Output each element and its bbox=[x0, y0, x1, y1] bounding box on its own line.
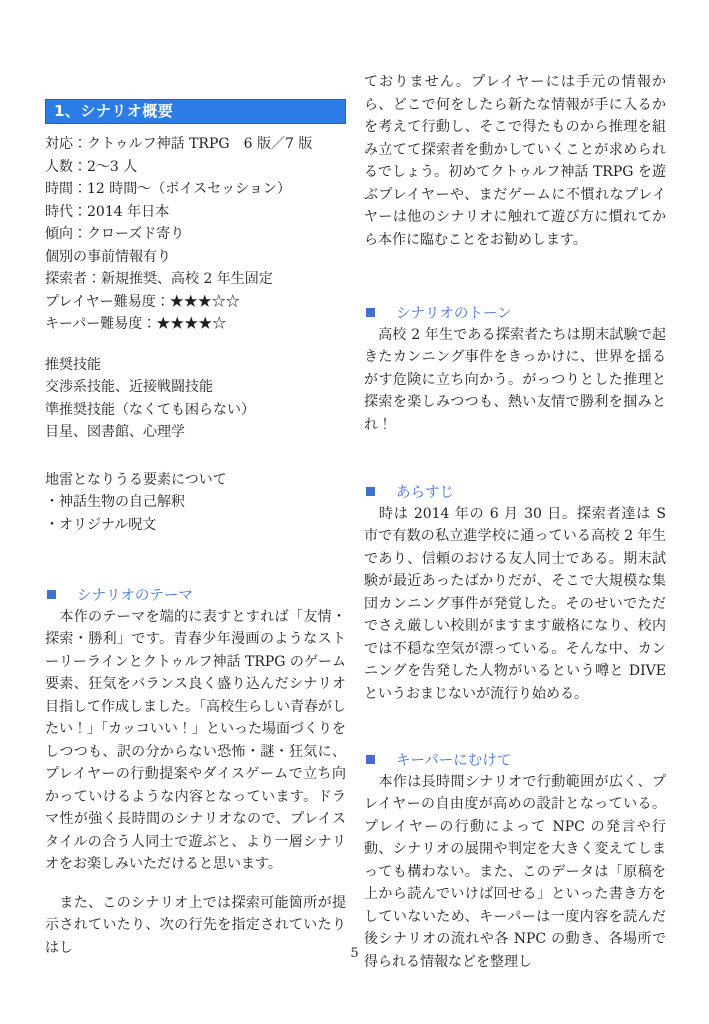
caution-line-item1: ・神話生物の自己解釈 bbox=[45, 491, 346, 514]
section-heading-theme: シナリオのテーマ bbox=[45, 583, 346, 606]
caution-line-title: 地雷となりうる要素について bbox=[45, 469, 346, 492]
spec-line-era: 時代：2014 年日本 bbox=[45, 201, 346, 224]
spec-line-style: 傾向：クローズド寄り bbox=[45, 223, 346, 246]
skills-line-title: 推奨技能 bbox=[45, 354, 346, 377]
recommended-skills-list: 推奨技能 交渉系技能、近接戦闘技能 準推奨技能（なくても困らない） 目星、図書館… bbox=[45, 354, 346, 444]
document-page: 1、シナリオ概要 対応：クトゥルフ神話 TRPG 6 版／7 版 人数：2～3 … bbox=[0, 0, 709, 1024]
right-column: ておりません。プレイヤーには手元の情報から、どこで何をしたら新たな情報が手に入る… bbox=[364, 71, 666, 973]
keeper-paragraph: 本作は長時間シナリオで行動範囲が広く、プレイヤーの自由度が高めの設計となっている… bbox=[364, 771, 666, 974]
skills-line-semi-title: 準推奨技能（なくても困らない） bbox=[45, 399, 346, 422]
spec-line-keeper-difficulty: キーパー難易度：★★★★☆ bbox=[45, 313, 346, 336]
synopsis-paragraph: 時は 2014 年の 6 月 30 日。探索者達は S 市で有数の私立進学校に通… bbox=[364, 503, 666, 706]
spec-line-player-difficulty: プレイヤー難易度：★★★☆☆ bbox=[45, 291, 346, 314]
scenario-spec-list: 対応：クトゥルフ神話 TRPG 6 版／7 版 人数：2～3 人 時間：12 時… bbox=[45, 133, 346, 336]
left-column: 1、シナリオ概要 対応：クトゥルフ神話 TRPG 6 版／7 版 人数：2～3 … bbox=[45, 99, 346, 959]
continuation-paragraph: ておりません。プレイヤーには手元の情報から、どこで何をしたら新たな情報が手に入る… bbox=[364, 71, 666, 251]
section-title-tone: シナリオのトーン bbox=[396, 302, 512, 323]
theme-paragraph-1: 本作のテーマを端的に表すとすれば「友情・探索・勝利」です。青春少年漫画のようなス… bbox=[45, 606, 346, 876]
spec-line-duration: 時間：12 時間～（ボイスセッション） bbox=[45, 178, 346, 201]
skills-line-semi: 目星、図書館、心理学 bbox=[45, 421, 346, 444]
skills-line-main: 交渉系技能、近接戦闘技能 bbox=[45, 376, 346, 399]
section-heading-synopsis: あらすじ bbox=[364, 480, 666, 503]
square-bullet-icon bbox=[366, 755, 375, 764]
caution-elements-list: 地雷となりうる要素について ・神話生物の自己解釈 ・オリジナル呪文 bbox=[45, 469, 346, 537]
spec-line-system: 対応：クトゥルフ神話 TRPG 6 版／7 版 bbox=[45, 133, 346, 156]
section-banner-scenario-overview: 1、シナリオ概要 bbox=[45, 99, 346, 124]
caution-line-item2: ・オリジナル呪文 bbox=[45, 514, 346, 537]
tone-paragraph: 高校 2 年生である探索者たちは期末試験で起きたカンニング事件をきっかけに、世界… bbox=[364, 324, 666, 437]
section-title-theme: シナリオのテーマ bbox=[77, 584, 193, 605]
spec-line-investigators: 探索者：新規推奨、高校 2 年生固定 bbox=[45, 268, 346, 291]
section-title-keeper: キーパーにむけて bbox=[396, 749, 511, 770]
square-bullet-icon bbox=[47, 590, 56, 599]
section-heading-keeper: キーパーにむけて bbox=[364, 748, 666, 771]
section-title-synopsis: あらすじ bbox=[396, 481, 454, 502]
page-number: 5 bbox=[0, 946, 709, 961]
section-heading-tone: シナリオのトーン bbox=[364, 301, 666, 324]
spec-line-players: 人数：2～3 人 bbox=[45, 156, 346, 179]
spec-line-prior-info: 個別の事前情報有り bbox=[45, 246, 346, 269]
square-bullet-icon bbox=[366, 487, 375, 496]
square-bullet-icon bbox=[366, 308, 375, 317]
